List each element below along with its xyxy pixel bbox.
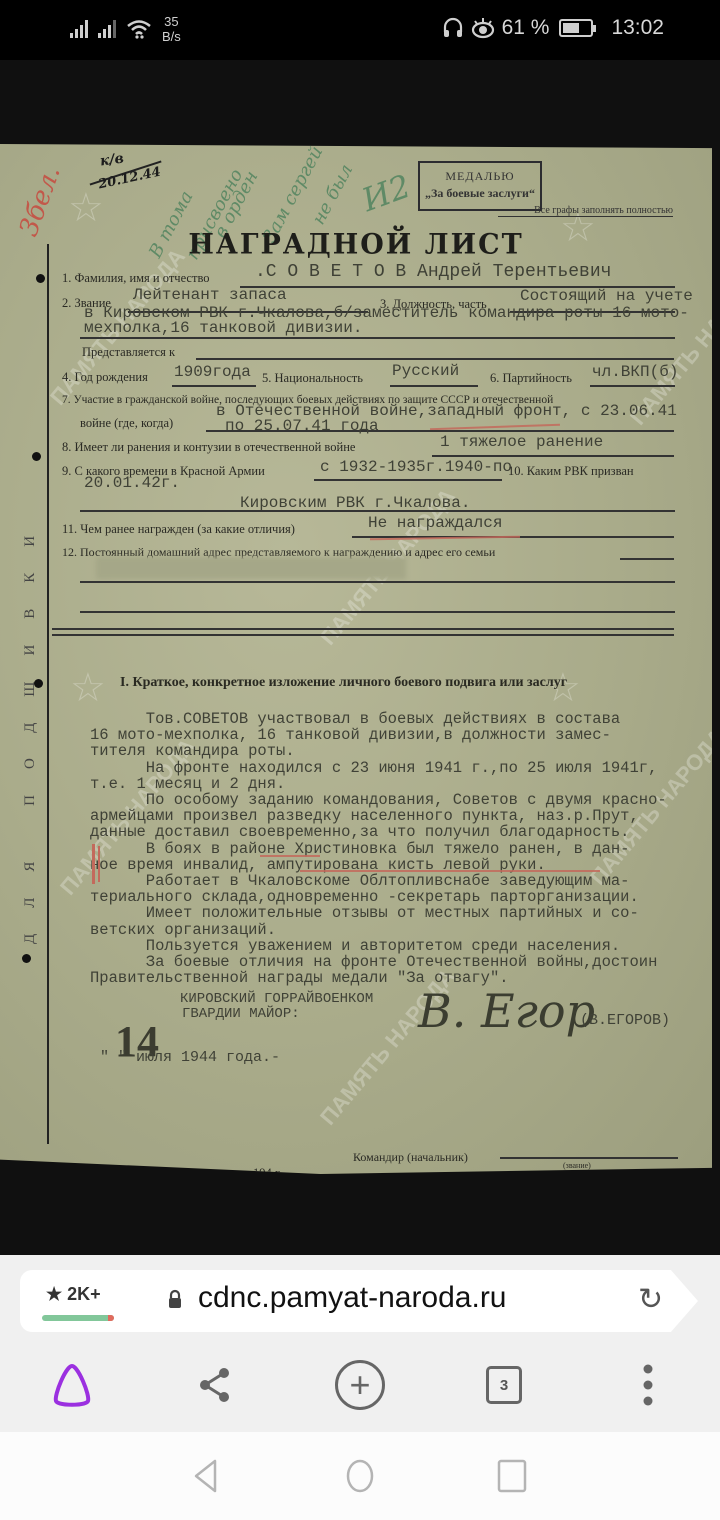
battery-icon (559, 19, 593, 37)
tab-count: 3 (486, 1366, 522, 1404)
red-underline (300, 870, 600, 872)
field-value-name: .С О В Е Т О В Андрей Терентьевич (255, 262, 611, 282)
year-blank: 194 г. (253, 1166, 282, 1174)
section-divider (52, 628, 674, 630)
system-nav-bar (0, 1432, 720, 1520)
rank-caption: (звание) (563, 1161, 591, 1170)
net-speed-unit: B/s (162, 29, 181, 44)
network-speed: 35 B/s (162, 14, 181, 44)
commander-label: Командир (начальник) (353, 1150, 468, 1165)
field-underline (314, 479, 502, 481)
handwritten-note: к/в (99, 150, 125, 169)
field-value-position: Состоящий на учете (520, 287, 693, 305)
red-margin-mark (98, 846, 100, 882)
handwritten-signature: В. Егор (418, 984, 595, 1038)
punch-hole (22, 954, 31, 963)
field-underline (80, 581, 675, 583)
recents-icon (496, 1458, 528, 1494)
rating-bar (42, 1315, 114, 1321)
signing-date: " " июля 1944 года.- (100, 1049, 280, 1066)
alice-icon (48, 1361, 96, 1409)
field-value-position: мехполка,16 танковой дивизии. (84, 319, 362, 337)
narrative-line: ветских организаций. (90, 922, 710, 938)
field-label: 8. Имеет ли ранения и контузии в отечест… (62, 440, 355, 455)
medal-stamp: МЕДАЛЬЮ „За боевые заслуги“ (418, 161, 542, 211)
narrative-line: На фронте находился с 23 июня 1941 г.,по… (90, 760, 710, 776)
red-margin-mark (92, 844, 95, 884)
field-label: Представляется к (82, 345, 175, 360)
stamp-line-2: „За боевые заслуги“ (420, 186, 540, 201)
back-button[interactable] (186, 1458, 226, 1494)
home-icon (342, 1458, 378, 1494)
field-underline (590, 385, 675, 387)
browser-toolbar: ★ 2K+ cdnc.pamyat-naroda.ru ↻ + 3 (0, 1255, 720, 1432)
rating-value: 2K+ (67, 1284, 101, 1304)
field-label: войне (где, когда) (80, 416, 173, 431)
field-label: 10. Каким РВК призван (508, 464, 634, 479)
more-vertical-icon (642, 1363, 654, 1407)
field-underline (620, 558, 674, 560)
field-value-previous-awards: Не награждался (368, 514, 502, 532)
signatory-title: КИРОВСКИЙ ГОРРАЙВОЕНКОМ (180, 992, 373, 1007)
lock-icon (168, 1289, 182, 1309)
site-rating[interactable]: ★ 2K+ (46, 1284, 101, 1305)
headphones-icon (442, 16, 464, 40)
share-button[interactable] (185, 1345, 245, 1425)
merit-narrative: Тов.СОВЕТОВ участвовал в боевых действия… (90, 711, 710, 986)
field-value-rank: Лейтенант запаса (133, 286, 287, 304)
share-icon (197, 1365, 233, 1405)
recents-button[interactable] (492, 1458, 532, 1494)
narrative-line: Пользуется уважением и авторитетом среди… (90, 938, 710, 954)
field-label: 5. Национальность (262, 371, 363, 386)
punch-hole (34, 679, 43, 688)
field-value-army-since: 20.01.42г. (84, 474, 180, 492)
narrative-line: За боевые отличия на фронте Отечественно… (90, 954, 710, 970)
narrative-line: данные доставил своевременно,за что полу… (90, 824, 710, 840)
red-underline (260, 855, 320, 857)
menu-button[interactable] (618, 1345, 678, 1425)
field-value-nationality: Русский (392, 362, 459, 380)
signatory-block: КИРОВСКИЙ ГОРРАЙВОЕНКОМ ГВАРДИИ МАЙОР: (180, 992, 373, 1022)
handwritten-mark-green: И2 (357, 167, 415, 219)
alice-assistant-button[interactable] (42, 1345, 102, 1425)
narrative-line: Тов.СОВЕТОВ участвовал в боевых действия… (90, 711, 710, 727)
wifi-icon (126, 19, 152, 39)
section-title: I. Краткое, конкретное изложение личного… (120, 675, 567, 691)
binding-margin-line (47, 244, 49, 1144)
field-underline (80, 611, 675, 613)
battery-percent: 61 % (502, 16, 550, 40)
narrative-line: По особому заданию командования, Советов… (90, 792, 710, 808)
signatory-rank: ГВАРДИИ МАЙОР: (180, 1007, 373, 1022)
field-value-birth-year: 1909года (174, 363, 251, 381)
narrative-line: Имеет положительные отзывы от местных па… (90, 905, 710, 921)
reload-icon[interactable]: ↻ (638, 1282, 663, 1317)
field-label: 6. Партийность (490, 371, 572, 386)
narrative-line: тителя командира роты. (90, 743, 710, 759)
plus-icon: + (335, 1360, 385, 1410)
punch-hole (32, 452, 41, 461)
home-button[interactable] (340, 1458, 380, 1494)
narrative-line: т.е. 1 месяц и 2 дня. (90, 776, 710, 792)
net-speed-value: 35 (162, 14, 181, 29)
back-icon (191, 1458, 221, 1494)
signal-icon (98, 20, 116, 38)
star-icon: ★ (46, 1284, 62, 1304)
field-underline (196, 358, 674, 360)
field-value-army-since: с 1932-1935г.1940-по (320, 458, 512, 476)
narrative-line: териального склада,одновременно -секрета… (90, 889, 710, 905)
eye-comfort-icon (470, 16, 496, 40)
clock: 13:02 (611, 16, 664, 40)
document-title: НАГРАДНОЙ ЛИСТ (0, 228, 712, 261)
stamp-line-1: МЕДАЛЬЮ (420, 169, 540, 184)
field-underline (432, 455, 674, 457)
tabs-button[interactable]: 3 (474, 1345, 534, 1425)
status-bar: 35 B/s 61 % 13:02 (0, 0, 720, 60)
field-value-party: чл.ВКП(б) (592, 363, 678, 381)
signal-icon (70, 20, 88, 38)
field-label: 1. Фамилия, имя и отчество (62, 271, 210, 286)
image-viewer[interactable]: ☆ ☆ ☆ ☆ ПАМЯТЬ НАРОДА ПАМЯТЬ НАРОДА ПАМЯ… (0, 60, 720, 1255)
narrative-line: Правительственной награды медали "За отв… (90, 970, 710, 986)
star-watermark-icon: ☆ (70, 664, 106, 711)
field-underline (80, 510, 675, 512)
field-underline (80, 337, 675, 339)
new-tab-button[interactable]: + (330, 1345, 390, 1425)
binding-margin-text: ДЛЯ ПОДШИВКИ (22, 510, 39, 944)
star-watermark-icon: ☆ (68, 184, 104, 231)
field-label: 4. Год рождения (62, 370, 148, 385)
narrative-line: Работает в Чкаловскоме Облтопливснабе за… (90, 873, 710, 889)
narrative-line: 16 мото-мехполка, 16 танковой дивизии,в … (90, 727, 710, 743)
field-value-wounds: 1 тяжелое ранение (440, 433, 603, 451)
field-underline (172, 385, 256, 387)
signer-name: (В.ЕГОРОВ) (580, 1012, 670, 1029)
section-divider (52, 634, 674, 636)
url-text[interactable]: cdnc.pamyat-naroda.ru (198, 1281, 507, 1315)
award-sheet-document: ☆ ☆ ☆ ☆ ПАМЯТЬ НАРОДА ПАМЯТЬ НАРОДА ПАМЯ… (0, 144, 712, 1174)
field-underline (390, 385, 478, 387)
address-bar[interactable]: ★ 2K+ cdnc.pamyat-naroda.ru ↻ (20, 1270, 698, 1332)
field-value-war-participation: по 25.07.41 года (225, 417, 379, 435)
punch-hole (36, 274, 45, 283)
fill-all-note: Все графы заполнять полностью (498, 205, 673, 217)
narrative-line: В боях в районе Христиновка был тяжело р… (90, 841, 710, 857)
narrative-line: армейцами произвел разведку населенного … (90, 808, 710, 824)
redacted-address (96, 557, 406, 579)
field-label: 11. Чем ранее награжден (за какие отличи… (62, 522, 295, 537)
field-underline (500, 1157, 678, 1159)
